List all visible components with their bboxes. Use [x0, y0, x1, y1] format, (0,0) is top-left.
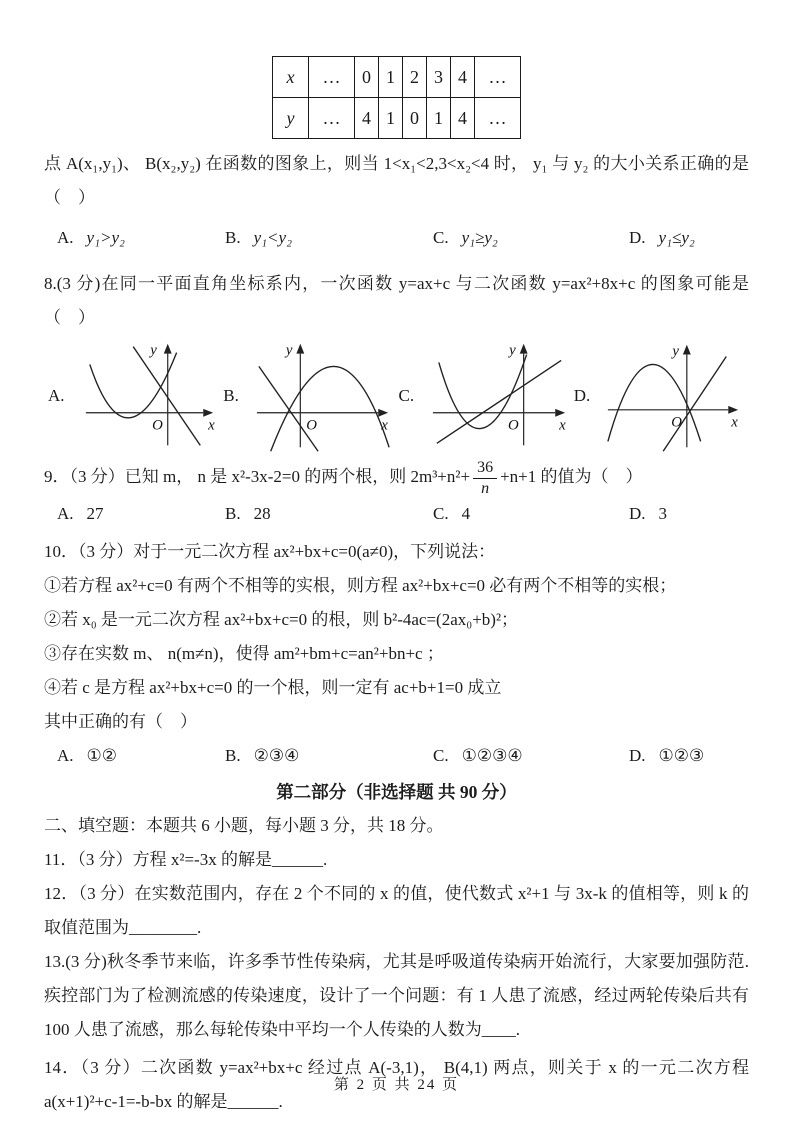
- table-cell: 0: [403, 98, 427, 139]
- graph-a-plot: y x O: [74, 340, 222, 452]
- graph-c-plot: y x O: [425, 340, 573, 452]
- x-axis-label: x: [380, 418, 388, 434]
- option-c: C.4: [433, 497, 629, 531]
- table-cell: 4: [451, 98, 475, 139]
- fraction: 36n: [473, 459, 497, 497]
- origin-label: O: [306, 418, 317, 434]
- option-b: B.28: [225, 497, 433, 531]
- question-9-prefix: 9．（3 分）已知 m， n 是 x²-3x-2=0 的两个根，则 2m³+n²…: [44, 467, 470, 486]
- option-label: D.: [629, 228, 646, 247]
- table-cell: y: [273, 98, 309, 139]
- y-axis-arrow: [683, 345, 691, 355]
- question-10-item-2: ②若 x₀ 是一元二次方程 ax²+bx+c=0 的根，则 b²-4ac=(2a…: [44, 603, 749, 637]
- option-text: ①②③④: [462, 746, 523, 765]
- question-8-stem: 8.(3 分)在同一平面直角坐标系内，一次函数 y=ax+c 与二次函数 y=a…: [44, 267, 749, 335]
- parabola-curve: [90, 353, 177, 418]
- x-axis-label: x: [558, 418, 566, 434]
- option-d: D.y₁≤y₂: [629, 221, 749, 255]
- table-cell: 1: [427, 98, 451, 139]
- table-cell: 0: [355, 57, 379, 98]
- graph-option-d: D. y x O: [574, 340, 749, 452]
- option-label: D.: [629, 746, 646, 765]
- y-axis-label: y: [507, 343, 516, 359]
- option-label: B.: [225, 746, 241, 765]
- y-axis-arrow: [164, 344, 172, 354]
- table-cell: …: [309, 98, 355, 139]
- y-axis-arrow: [519, 344, 527, 354]
- question-10-options: A.①② B.②③④ C.①②③④ D.①②③: [44, 739, 749, 773]
- table-row-y: y … 4 1 0 1 4 …: [273, 98, 521, 139]
- option-label: A.: [57, 504, 74, 523]
- option-label: C.: [433, 228, 449, 247]
- table-cell: 1: [379, 57, 403, 98]
- question-10-item-4: ④若 c 是方程 ax²+bx+c=0 的一个根，则一定有 ac+b+1=0 成…: [44, 671, 749, 705]
- table-cell: 4: [451, 57, 475, 98]
- xy-value-table: x … 0 1 2 3 4 … y … 4 1 0 1 4 …: [272, 56, 521, 139]
- table-cell: …: [309, 57, 355, 98]
- section-2-title: 第二部分（非选择题 共 90 分）: [44, 775, 749, 809]
- option-label: B.: [225, 228, 241, 247]
- option-c: C.y₁≥y₂: [433, 221, 629, 255]
- line-curve: [133, 347, 200, 446]
- question-9-stem: 9．（3 分）已知 m， n 是 x²-3x-2=0 的两个根，则 2m³+n²…: [44, 459, 749, 497]
- option-text: 3: [659, 504, 668, 523]
- question-11: 11．（3 分）方程 x²=-3x 的解是______.: [44, 843, 749, 877]
- graph-label: C.: [399, 386, 425, 406]
- option-text: y₁≥y₂: [462, 228, 498, 247]
- option-text: y₁>y₂: [87, 228, 125, 247]
- table-cell: x: [273, 57, 309, 98]
- graph-label: B.: [223, 386, 249, 406]
- question-7-stem: 点 A(x₁,y₁)、 B(x₂,y₂) 在函数的图象上，则当 1<x₁<2,3…: [44, 147, 749, 215]
- page-number: 第 2 页 共 24 页: [0, 1073, 793, 1094]
- option-text: ②③④: [254, 746, 300, 765]
- option-b: B.②③④: [225, 739, 433, 773]
- y-axis-label: y: [670, 344, 679, 360]
- fraction-numerator: 36: [473, 459, 497, 479]
- y-axis-arrow: [297, 344, 305, 354]
- option-a: A.①②: [57, 739, 225, 773]
- question-13: 13.(3 分)秋冬季节来临，许多季节性传染病，尤其是呼吸道传染病开始流行，大家…: [44, 945, 749, 1047]
- question-10-item-1: ①若方程 ax²+c=0 有两个不相等的实根，则方程 ax²+bx+c=0 必有…: [44, 569, 749, 603]
- exam-page: x … 0 1 2 3 4 … y … 4 1 0 1 4 … 点 A(x₁,y…: [0, 0, 793, 1122]
- x-axis-arrow: [379, 409, 389, 417]
- option-label: D.: [629, 504, 646, 523]
- y-axis-label: y: [148, 343, 157, 359]
- option-label: B.: [225, 504, 241, 523]
- graph-label: D.: [574, 386, 600, 406]
- table-cell: 4: [355, 98, 379, 139]
- origin-label: O: [671, 415, 682, 431]
- graph-option-a: A. y x O: [48, 340, 223, 452]
- option-label: A.: [57, 228, 74, 247]
- x-axis-label: x: [207, 418, 215, 434]
- option-c: C.①②③④: [433, 739, 629, 773]
- table-row-x: x … 0 1 2 3 4 …: [273, 57, 521, 98]
- table-cell: 1: [379, 98, 403, 139]
- question-12: 12．（3 分）在实数范围内，存在 2 个不同的 x 的值，使代数式 x²+1 …: [44, 877, 749, 945]
- table-cell: …: [475, 57, 521, 98]
- option-text: ①②③: [659, 746, 705, 765]
- x-axis-arrow: [728, 406, 738, 414]
- table-cell: 3: [427, 57, 451, 98]
- table-cell: 2: [403, 57, 427, 98]
- origin-label: O: [508, 418, 519, 434]
- option-label: A.: [57, 746, 74, 765]
- option-text: 28: [254, 504, 271, 523]
- option-a: A.27: [57, 497, 225, 531]
- graph-label: A.: [48, 386, 74, 406]
- fraction-denominator: n: [473, 479, 497, 498]
- option-d: D.3: [629, 497, 749, 531]
- line-curve: [663, 357, 726, 452]
- x-axis-arrow: [203, 409, 213, 417]
- graph-d-plot: y x O: [600, 340, 748, 452]
- question-10-stem: 10．（3 分）对于一元二次方程 ax²+bx+c=0(a≠0)，下列说法：: [44, 535, 749, 569]
- question-10-item-3: ③存在实数 m、 n(m≠n)，使得 am²+bm+c=an²+bn+c ；: [44, 637, 749, 671]
- x-axis-arrow: [555, 409, 565, 417]
- table-cell: …: [475, 98, 521, 139]
- question-10-conclusion: 其中正确的有（ ）: [44, 705, 749, 739]
- origin-label: O: [152, 418, 163, 434]
- line-curve: [436, 360, 560, 443]
- graph-option-c: C. y x O: [399, 340, 574, 452]
- graph-b-plot: y x O: [249, 340, 397, 452]
- question-9-options: A.27 B.28 C.4 D.3: [44, 497, 749, 531]
- graph-option-b: B. y x O: [223, 340, 398, 452]
- question-7-options: A.y₁>y₂ B.y₁<y₂ C.y₁≥y₂ D.y₁≤y₂: [44, 221, 749, 255]
- y-axis-label: y: [284, 343, 293, 359]
- question-9-suffix: +n+1 的值为（ ）: [500, 467, 642, 486]
- section-2-subtitle: 二、填空题：本题共 6 小题，每小题 3 分，共 18 分。: [44, 809, 749, 843]
- option-text: y₁<y₂: [254, 228, 292, 247]
- option-text: 4: [462, 504, 471, 523]
- option-text: 27: [87, 504, 104, 523]
- x-axis-label: x: [730, 415, 738, 431]
- option-label: C.: [433, 746, 449, 765]
- option-d: D.①②③: [629, 739, 749, 773]
- option-text: y₁≤y₂: [659, 228, 695, 247]
- option-label: C.: [433, 504, 449, 523]
- option-b: B.y₁<y₂: [225, 221, 433, 255]
- option-text: ①②: [87, 746, 117, 765]
- question-8-graphs: A. y x O B. y: [44, 337, 749, 455]
- option-a: A.y₁>y₂: [57, 221, 225, 255]
